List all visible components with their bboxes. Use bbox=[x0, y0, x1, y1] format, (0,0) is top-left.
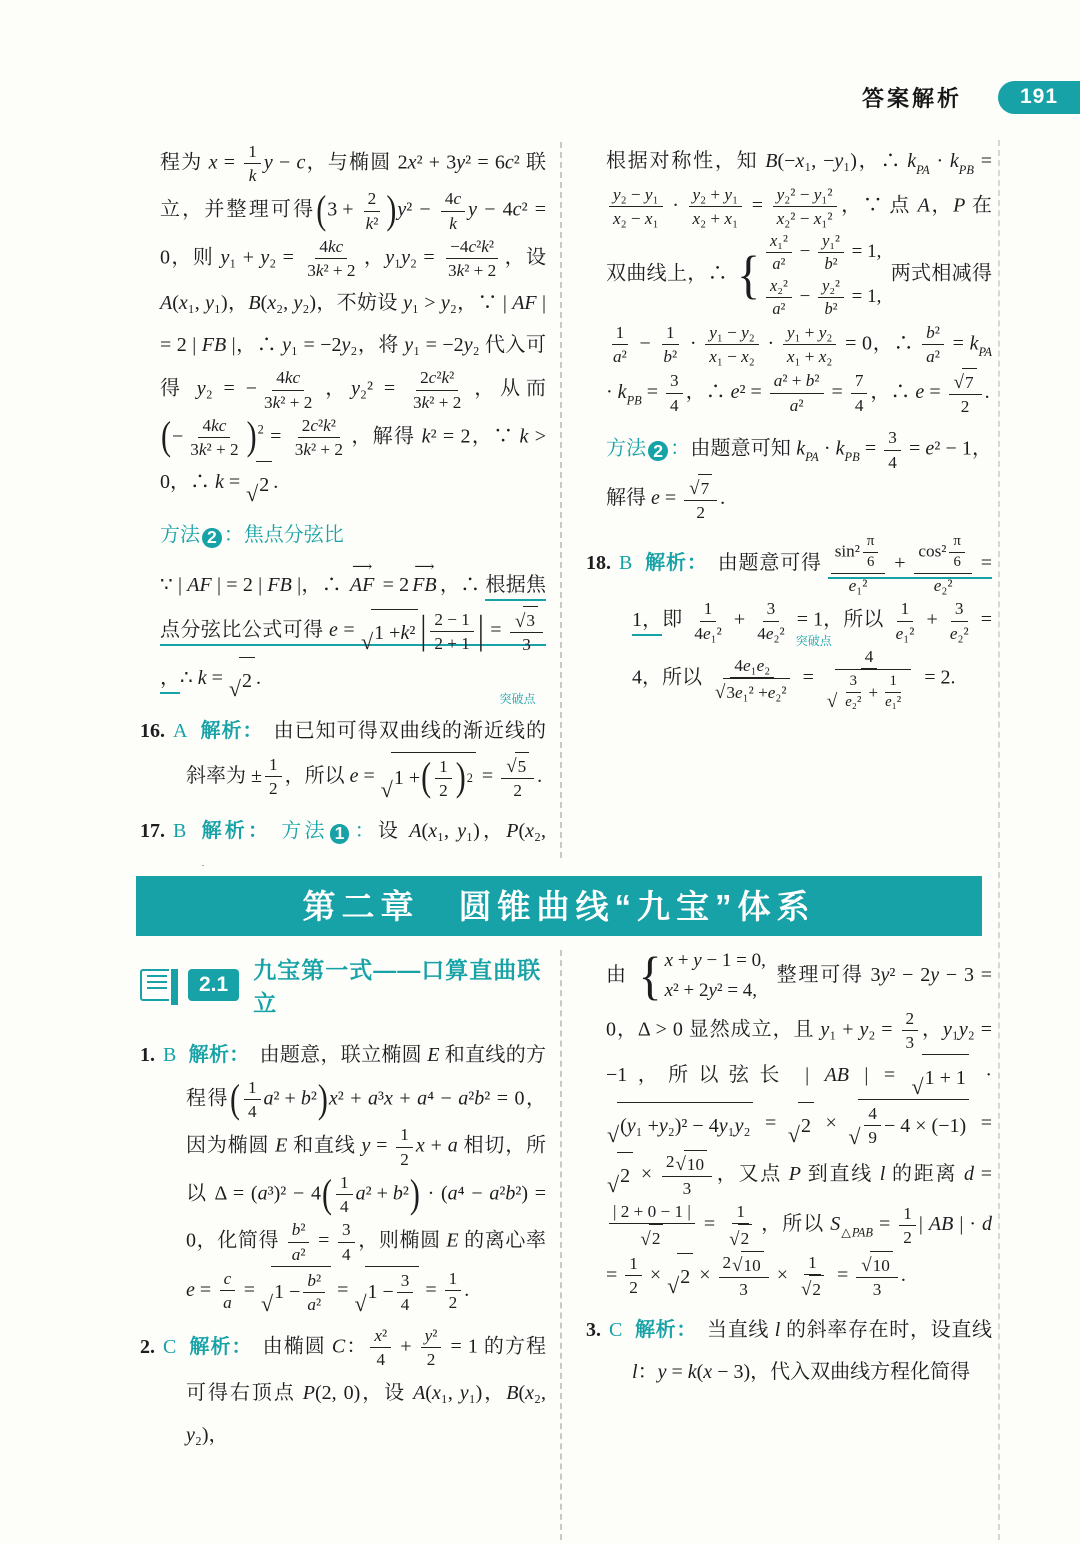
left-column: 程为 x = 1ky − c，与椭圆 2x² + 3y² = 6c² 联立，并整… bbox=[140, 140, 546, 866]
solution-paragraph: 根据对称性，知 B(−x₁, −y₁)，∴ kPA · kPB = y₂ − y… bbox=[586, 140, 992, 418]
item-number: 16. bbox=[140, 720, 165, 742]
analysis-label: 解析： bbox=[188, 1336, 252, 1358]
analysis-label: 解析： bbox=[644, 552, 707, 574]
section-header: 2.1 九宝第一式——口算直曲联立 bbox=[140, 952, 546, 1018]
solution-paragraph: 方法2：由题意可知 kPA · kPB = 34 = e² − 1，解得 e =… bbox=[586, 426, 992, 524]
left-column-bottom: 2.1 九宝第一式——口算直曲联立 1.B解析：由题意，联立椭圆 E 和直线的方… bbox=[140, 946, 546, 1545]
solution-paragraph: 程为 x = 1ky − c，与椭圆 2x² + 3y² = 6c² 联立，并整… bbox=[140, 140, 546, 506]
analysis-label: 解析： bbox=[634, 1319, 697, 1341]
solution-item: 17.B解析：方法1：设 A(x₁, y₁)，P(x₂, y₂)， bbox=[140, 810, 546, 866]
notebook-icon bbox=[140, 969, 174, 1001]
item-number: 1. bbox=[140, 1044, 155, 1066]
chapter-banner: 第二章 圆锥曲线“九宝”体系 bbox=[136, 876, 982, 936]
solution-paragraph: 方法2：焦点分弦比 bbox=[140, 514, 546, 556]
page-number-badge: 191 bbox=[998, 81, 1080, 114]
right-column-bottom: 由 {x + y − 1 = 0,x² + 2y² = 4, 整理可得 3y² … bbox=[586, 946, 992, 1545]
page-margin-dashed-line bbox=[998, 140, 1000, 1540]
solution-item: 3.C解析：当直线 l 的斜率存在时，设直线 l：y = k(x − 3)，代入… bbox=[586, 1309, 992, 1393]
header-section-label: 答案解析 bbox=[862, 82, 962, 113]
analysis-label: 解析： bbox=[199, 720, 263, 742]
analysis-label: 解析： bbox=[188, 1044, 249, 1066]
answer-letter: B bbox=[163, 1044, 176, 1066]
item-number: 17. bbox=[140, 820, 165, 842]
answer-letter: B bbox=[173, 820, 186, 842]
solution-item: 1.B解析：由题意，联立椭圆 E 和直线的方程得(14a² + b²)x² + … bbox=[140, 1034, 546, 1316]
solutions-top-section: 程为 x = 1ky − c，与椭圆 2x² + 3y² = 6c² 联立，并整… bbox=[140, 140, 992, 866]
page-header: 答案解析 191 bbox=[0, 80, 1080, 114]
analysis-label: 解析： bbox=[198, 820, 271, 842]
solution-paragraph: ∵ | AF | = 2 | FB |，∴ ⟶AF = 2⟶FB，∴ 根据焦点分… bbox=[140, 564, 546, 701]
section-title: 九宝第一式——口算直曲联立 bbox=[253, 952, 546, 1018]
solutions-bottom-section: 2.1 九宝第一式——口算直曲联立 1.B解析：由题意，联立椭圆 E 和直线的方… bbox=[140, 946, 992, 1545]
solution-item: 18.B解析：由题意可得 sin²π6e₁² + cos²π6e₂² = 1，突… bbox=[586, 532, 992, 713]
solution-paragraph: 由 {x + y − 1 = 0,x² + 2y² = 4, 整理可得 3y² … bbox=[586, 946, 992, 1301]
item-number: 3. bbox=[586, 1319, 601, 1341]
item-number: 2. bbox=[140, 1336, 155, 1358]
textbook-page: 答案解析 191 程为 x = 1ky − c，与椭圆 2x² + 3y² = … bbox=[0, 0, 1080, 1545]
solution-item: 16.A解析：由已知可得双曲线的渐近线的斜率为 ±12，所以 e = √1 + … bbox=[140, 710, 546, 802]
section-number: 2.1 bbox=[188, 969, 239, 1001]
answer-letter: B bbox=[619, 552, 632, 574]
answer-letter: C bbox=[609, 1319, 622, 1341]
right-column: 根据对称性，知 B(−x₁, −y₁)，∴ kPA · kPB = y₂ − y… bbox=[586, 140, 992, 866]
answer-letter: A bbox=[173, 720, 187, 742]
item-number: 18. bbox=[586, 552, 611, 574]
left-column-bottom-blocks: 1.B解析：由题意，联立椭圆 E 和直线的方程得(14a² + b²)x² + … bbox=[140, 1034, 546, 1456]
solution-item: 2.C解析：由椭圆 C：x²4 + y²2 = 1 的方程可得右顶点 P(2, … bbox=[140, 1324, 546, 1455]
answer-letter: C bbox=[163, 1336, 176, 1358]
